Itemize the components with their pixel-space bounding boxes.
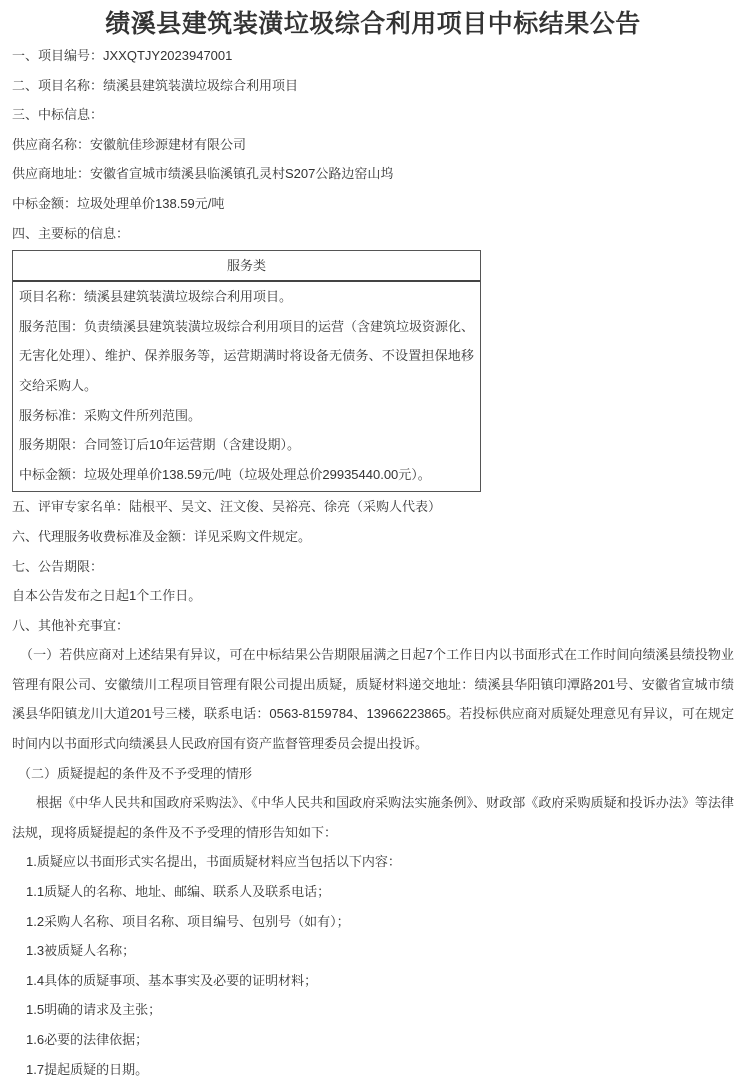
expert-list: 五、评审专家名单：陆根平、吴文、汪文俊、吴裕亮、徐亮（采购人代表）: [0, 492, 746, 522]
announcement-document: 绩溪县建筑装潢垃圾综合利用项目中标结果公告 一、项目编号：JXXQTJY2023…: [0, 0, 746, 1084]
list-item: 1.3被质疑人名称；: [0, 936, 746, 966]
list-item: 1.质疑应以书面形式实名提出，书面质疑材料应当包括以下内容：: [0, 847, 746, 877]
other-matters-heading: 八、其他补充事宜：: [0, 611, 746, 641]
notice-period: 自本公告发布之日起1个工作日。: [0, 581, 746, 611]
bid-info-heading: 三、中标信息：: [0, 100, 746, 130]
list-item: 1.4具体的质疑事项、基本事实及必要的证明材料；: [0, 966, 746, 996]
objection-paragraph: （一）若供应商对上述结果有异议，可在中标结果公告期限届满之日起7个工作日内以书面…: [0, 640, 746, 758]
notice-period-heading: 七、公告期限：: [0, 552, 746, 582]
list-item: 1.7提起质疑的日期。: [0, 1055, 746, 1085]
table-header: 服务类: [13, 251, 480, 282]
table-row-project-name: 项目名称：绩溪县建筑装潢垃圾综合利用项目。: [19, 282, 474, 312]
page-title: 绩溪县建筑装潢垃圾综合利用项目中标结果公告: [0, 0, 746, 41]
list-item: 1.6必要的法律依据；: [0, 1025, 746, 1055]
table-body: 项目名称：绩溪县建筑装潢垃圾综合利用项目。 服务范围：负责绩溪县建筑装潢垃圾综合…: [13, 282, 480, 491]
table-row-bid-amount: 中标金额：垃圾处理单价138.59元/吨（垃圾处理总价29935440.00元）…: [19, 460, 474, 490]
list-item: 1.1质疑人的名称、地址、邮编、联系人及联系电话；: [0, 877, 746, 907]
supplier-name: 供应商名称：安徽航佳珍源建材有限公司: [0, 130, 746, 160]
project-name: 二、项目名称：绩溪县建筑装潢垃圾综合利用项目: [0, 71, 746, 101]
agency-fee: 六、代理服务收费标准及金额：详见采购文件规定。: [0, 522, 746, 552]
supplier-address: 供应商地址：安徽省宣城市绩溪县临溪镇孔灵村S207公路边窑山坞: [0, 159, 746, 189]
bid-amount: 中标金额：垃圾处理单价138.59元/吨: [0, 189, 746, 219]
table-row-service-standard: 服务标准：采购文件所列范围。: [19, 401, 474, 431]
table-row-service-period: 服务期限：合同签订后10年运营期（含建设期）。: [19, 430, 474, 460]
main-info-heading: 四、主要标的信息：: [0, 219, 746, 249]
conditions-paragraph: 根据《中华人民共和国政府采购法》、《中华人民共和国政府采购法实施条例》、财政部《…: [0, 788, 746, 847]
table-row-service-scope: 服务范围：负责绩溪县建筑装潢垃圾综合利用项目的运营（含建筑垃圾资源化、无害化处理…: [19, 312, 474, 401]
main-info-table: 服务类 项目名称：绩溪县建筑装潢垃圾综合利用项目。 服务范围：负责绩溪县建筑装潢…: [12, 250, 481, 492]
list-item: 1.2采购人名称、项目名称、项目编号、包别号（如有）；: [0, 907, 746, 937]
project-number: 一、项目编号：JXXQTJY2023947001: [0, 41, 746, 71]
list-item: 1.5明确的请求及主张；: [0, 995, 746, 1025]
conditions-heading: （二）质疑提起的条件及不予受理的情形: [0, 759, 746, 789]
